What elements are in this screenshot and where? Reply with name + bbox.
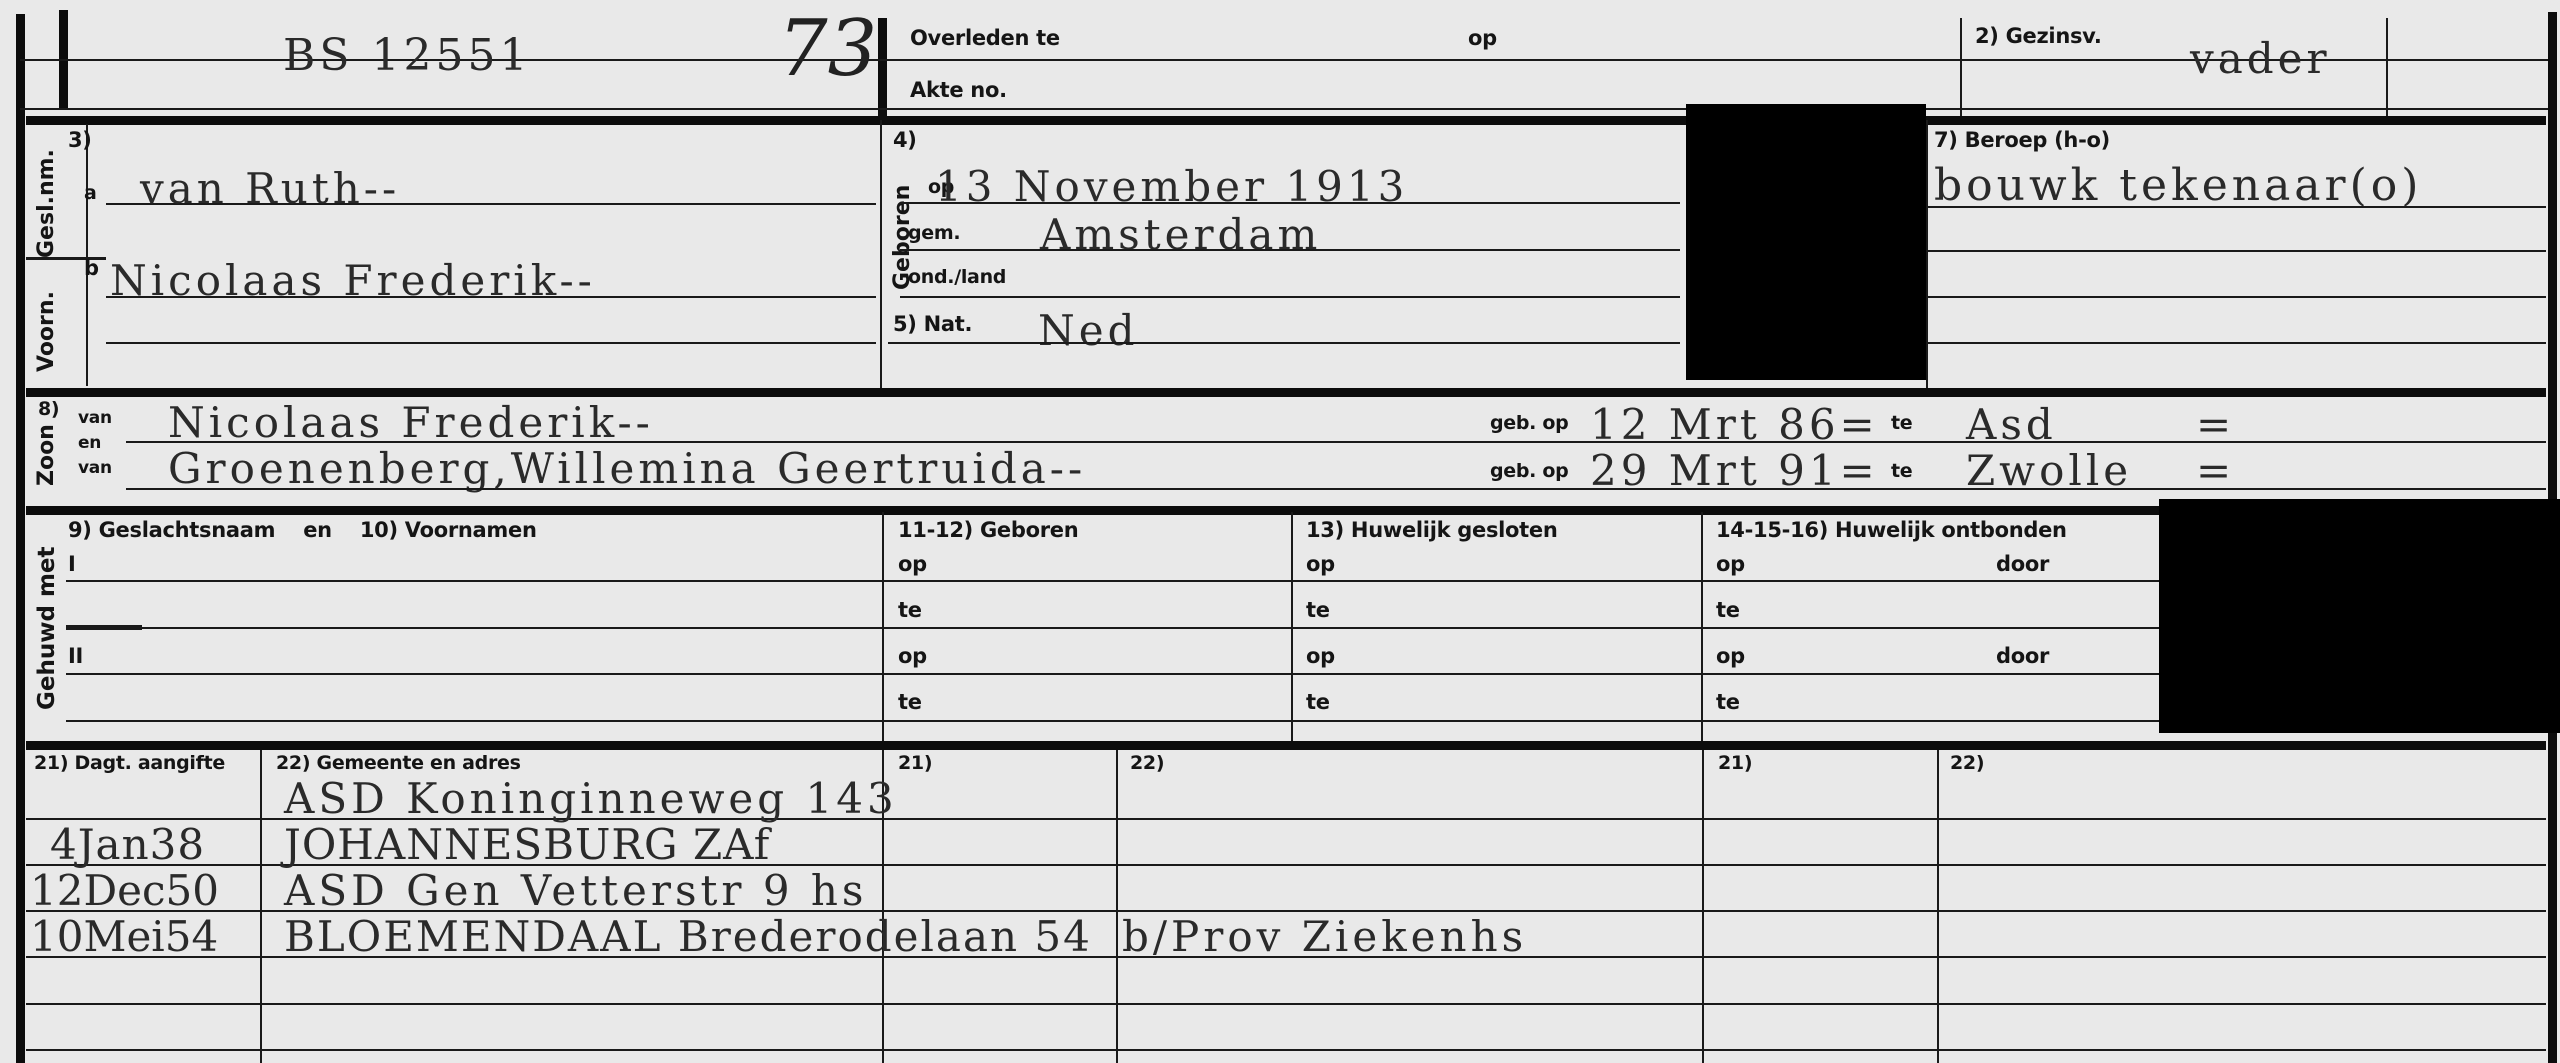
- nat-label: 5) Nat.: [893, 312, 972, 336]
- addr-line-5: [26, 1003, 2546, 1005]
- dissolved-op-1: op: [1716, 552, 1745, 576]
- section-8-bottom: [26, 506, 2160, 515]
- closed-te-1: te: [1306, 598, 1330, 622]
- addr-date-header: 21) Dagt. aangifte: [34, 752, 225, 774]
- father-line: [126, 441, 2546, 443]
- marriage-row-line-1: [66, 580, 2160, 582]
- b-marker: b: [84, 256, 99, 280]
- born-header: 11-12) Geboren: [898, 518, 1078, 542]
- born-op-1: op: [898, 552, 927, 576]
- father-ditto: =: [2196, 400, 2235, 449]
- van-label-2: van: [78, 458, 112, 478]
- marriage-names-header: 9) Geslachtsnaam en 10) Voornamen: [68, 518, 537, 542]
- addr-row-4-date: 10Mei54: [30, 912, 218, 961]
- occupation-line-1: [1928, 206, 2546, 208]
- dissolved-door-2: door: [1996, 644, 2049, 668]
- row-ii-label: II: [68, 644, 83, 668]
- section-3-number: 3): [68, 128, 92, 152]
- occupation-label: 7) Beroep (h-o): [1934, 128, 2110, 152]
- birth-land-line: [900, 296, 1680, 298]
- occupation-value: bouwk tekenaar(o): [1934, 160, 2422, 211]
- gem-label: gem.: [908, 222, 960, 244]
- born-op-2: op: [898, 644, 927, 668]
- op-label: op: [1468, 26, 1497, 50]
- father-te-label: te: [1891, 412, 1912, 434]
- birth-gem-line: [900, 249, 1680, 251]
- addr-col21-header-3: 21): [1718, 752, 1752, 774]
- addr-col-divider-1: [260, 750, 262, 1063]
- father-birth-date: 12 Mrt 86=: [1590, 400, 1879, 449]
- side-label-divider: [86, 124, 88, 386]
- addr-row-2-date: 4Jan38: [50, 820, 205, 869]
- closed-op-1: op: [1306, 552, 1335, 576]
- closed-te-2: te: [1306, 690, 1330, 714]
- addr-address-header: 22) Gemeente en adres: [276, 752, 521, 774]
- van-label-1: van: [78, 408, 112, 428]
- addr-col21-header-2: 21): [898, 752, 932, 774]
- top-band-bottom: [26, 116, 2546, 125]
- occupation-line-2: [1928, 250, 2546, 252]
- addr-col-divider-4: [1702, 750, 1704, 1063]
- redaction-box-1: [1686, 104, 1926, 380]
- birth-municipality-value: Amsterdam: [1040, 210, 1321, 259]
- mother-birth-place: Zwolle: [1966, 446, 2132, 495]
- a-marker: a: [84, 182, 97, 204]
- zoon-side-label: Zoon: [34, 424, 59, 486]
- marriage-row-line-2-thick: [66, 625, 142, 630]
- marriage-row-line-3: [66, 673, 2160, 675]
- top-divider-3: [2386, 18, 2388, 118]
- addr-row-3-address: ASD Gen Vetterstr 9 hs: [284, 866, 868, 915]
- names-birth-divider: [880, 120, 882, 390]
- akte-no-label: Akte no.: [910, 78, 1007, 102]
- section-4-number: 4): [893, 128, 917, 152]
- section-8-number: 8): [38, 398, 59, 420]
- handwritten-mark: 73: [778, 4, 877, 94]
- born-te-1: te: [898, 598, 922, 622]
- given-names-line-2: [106, 342, 876, 344]
- addr-line-6: [26, 1049, 2546, 1051]
- occupation-line-3: [1928, 296, 2546, 298]
- closed-op-2: op: [1306, 644, 1335, 668]
- nat-line: [888, 342, 1680, 344]
- born-te-2: te: [898, 690, 922, 714]
- father-birth-place: Asd: [1966, 400, 2057, 449]
- addr-row-2-address: JOHANNESBURG ZAf: [284, 820, 770, 869]
- addr-row-4-address: BLOEMENDAAL Brederodelaan 54: [284, 912, 1092, 961]
- en-label: en: [78, 433, 101, 453]
- gezinsv-label: 2) Gezinsv.: [1975, 24, 2102, 48]
- mother-birth-date: 29 Mrt 91=: [1590, 446, 1879, 495]
- gezinsv-value: vader: [2190, 34, 2331, 83]
- closed-header: 13) Huwelijk gesloten: [1306, 518, 1558, 542]
- mother-line: [126, 488, 2546, 490]
- addr-row-1-address: ASD Koninginneweg 143: [284, 774, 898, 823]
- birth-date-line: [900, 202, 1680, 204]
- registry-number: BS 12551: [283, 30, 531, 81]
- dissolved-header: 14-15-16) Huwelijk ontbonden: [1716, 518, 2067, 542]
- top-divider-2: [1960, 18, 1962, 118]
- section-9-bottom: [26, 741, 2546, 750]
- marriage-row-line-4: [66, 720, 2160, 722]
- dissolved-te-2: te: [1716, 690, 1740, 714]
- overleden-te-label: Overleden te: [910, 26, 1060, 50]
- given-names-value: Nicolaas Frederik--: [110, 256, 596, 305]
- mother-te-label: te: [1891, 460, 1912, 482]
- father-name: Nicolaas Frederik--: [168, 398, 654, 447]
- father-geb-op-label: geb. op: [1490, 412, 1568, 434]
- voorn-side-label: Voorn.: [34, 291, 59, 372]
- dissolved-door-1: door: [1996, 552, 2049, 576]
- birth-occupation-divider: [1926, 120, 1928, 390]
- mother-name: Groenenberg,Willemina Geertruida--: [168, 444, 1086, 493]
- addr-col-divider-3: [1116, 750, 1118, 1063]
- occupation-line-4: [1928, 342, 2546, 344]
- gehuwd-met-side-label: Gehuwd met: [34, 546, 60, 710]
- left-border: [16, 14, 25, 1063]
- top-rule-2: [20, 108, 2548, 110]
- dissolved-op-2: op: [1716, 644, 1745, 668]
- ond-land-label: ond./land: [908, 266, 1006, 288]
- surname-value: van Ruth--: [140, 164, 400, 213]
- dissolved-te-1: te: [1716, 598, 1740, 622]
- marriage-row-line-2: [66, 627, 2160, 629]
- gesl-nm-side-label: Gesl.nm.: [34, 149, 59, 258]
- addr-col22-header-3: 22): [1950, 752, 1984, 774]
- addr-col-divider-5: [1937, 750, 1939, 1063]
- addr-row-3-date: 12Dec50: [30, 866, 219, 915]
- addr-row-4-continuation: b/Prov Ziekenhs: [1122, 912, 1527, 961]
- addr-col22-header-2: 22): [1130, 752, 1164, 774]
- nationality-value: Ned: [1038, 306, 1139, 355]
- redaction-box-2: [2159, 499, 2560, 733]
- mother-ditto: =: [2196, 446, 2235, 495]
- section-3-bottom: [26, 388, 2546, 397]
- mother-geb-op-label: geb. op: [1490, 460, 1568, 482]
- row-i-label: I: [68, 552, 76, 576]
